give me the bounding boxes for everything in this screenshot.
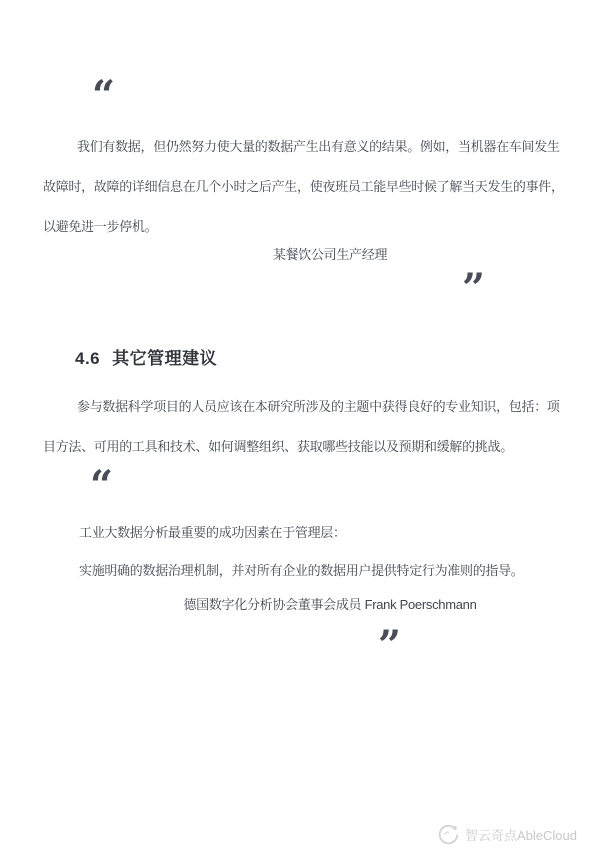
close-quote-icon: ”	[462, 269, 485, 309]
quote2-attribution: 德国数字化分析协会董事会成员 Frank Poerschmann	[80, 591, 580, 618]
open-quote-icon: “	[92, 76, 115, 116]
watermark-label: 智云奇点AbleCloud	[465, 825, 577, 844]
quote1-attribution: 某餐饮公司生产经理	[80, 241, 580, 268]
quote2-line-2: 实施明确的数据治理机制，并对所有企业的数据用户提供特定行为准则的指导。	[79, 552, 524, 590]
quote2-line-1: 工业大数据分析最重要的成功因素在于管理层：	[79, 514, 524, 552]
quote2-paragraph: 工业大数据分析最重要的成功因素在于管理层： 实施明确的数据治理机制，并对所有企业…	[79, 514, 524, 590]
watermark: 智云奇点AbleCloud	[436, 822, 577, 846]
section-heading: 4.6其它管理建议	[75, 344, 217, 369]
section-title: 其它管理建议	[112, 349, 217, 368]
body-paragraph-line-1: 参与数据科学项目的人员应该在本研究所涉及的主题中获得良好的专业知识，包括：项	[43, 387, 560, 427]
section-number: 4.6	[75, 349, 100, 368]
quote1-line-1: 我们有数据，但仍然努力使大量的数据产生出有意义的结果。例如，当机器在车间发生	[43, 127, 564, 167]
quote1-paragraph: 我们有数据，但仍然努力使大量的数据产生出有意义的结果。例如，当机器在车间发生 故…	[43, 127, 564, 247]
ablecloud-logo-icon	[436, 822, 460, 846]
close-quote-icon: ”	[378, 626, 401, 666]
body-paragraph: 参与数据科学项目的人员应该在本研究所涉及的主题中获得良好的专业知识，包括：项 目…	[43, 387, 560, 467]
document-page: “ 我们有数据，但仍然努力使大量的数据产生出有意义的结果。例如，当机器在车间发生…	[0, 0, 593, 864]
open-quote-icon: “	[90, 466, 113, 506]
body-paragraph-line-2: 目方法、可用的工具和技术、如何调整组织、获取哪些技能以及预期和缓解的挑战。	[43, 427, 560, 467]
quote1-line-2: 故障时，故障的详细信息在几个小时之后产生，使夜班员工能早些时候了解当天发生的事件…	[43, 167, 564, 207]
